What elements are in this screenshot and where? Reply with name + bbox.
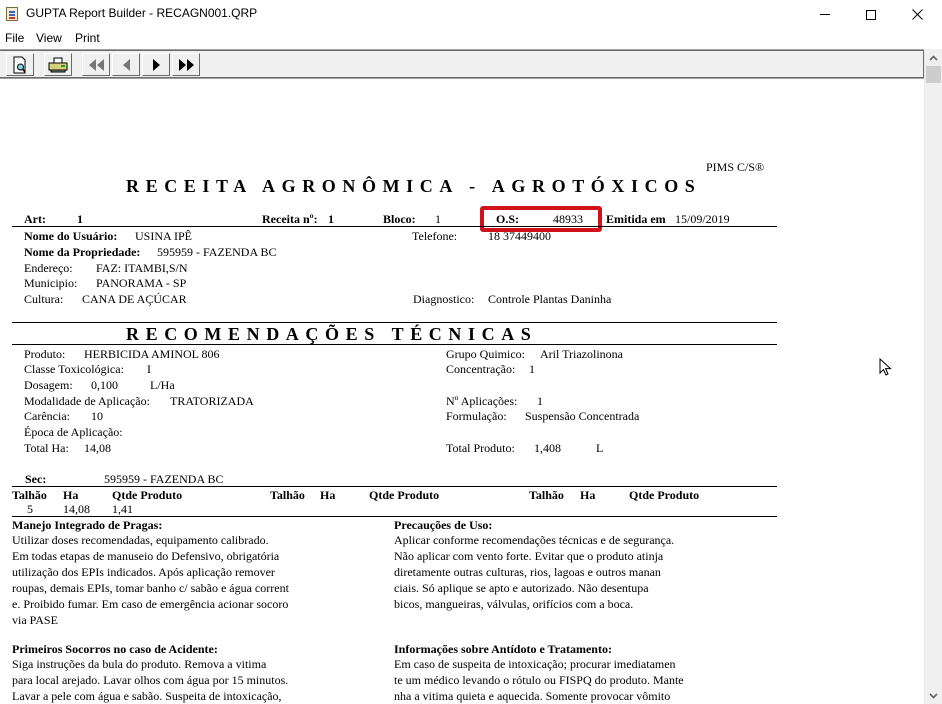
grupo-value: Aril Triazolinona xyxy=(540,347,623,361)
diagnostico-label: Diagnostico: xyxy=(413,292,474,306)
art-label: Art: xyxy=(24,212,46,226)
menu-print[interactable]: Print xyxy=(75,31,100,45)
produto-label: Produto: xyxy=(24,347,65,361)
divider xyxy=(12,322,777,323)
close-icon xyxy=(912,9,923,20)
divider xyxy=(12,486,777,487)
vertical-scrollbar[interactable] xyxy=(924,49,942,704)
receita-label: Receita nº: xyxy=(262,212,318,226)
divider xyxy=(12,226,777,227)
grupo-label: Grupo Quimico: xyxy=(446,347,525,361)
propriedade-value: 595959 - FAZENDA BC xyxy=(157,245,276,259)
divider xyxy=(12,516,777,517)
modalidade-value: TRATORIZADA xyxy=(170,394,254,408)
table-cell: 14,08 xyxy=(63,502,90,516)
report-page: PIMS C/S® RECEITA AGRONÔMICA - AGROTÓXIC… xyxy=(0,80,924,704)
table-header: Qtde Produto xyxy=(629,488,699,502)
report-viewport: PIMS C/S® RECEITA AGRONÔMICA - AGROTÓXIC… xyxy=(0,80,924,704)
double-left-arrow-icon xyxy=(89,59,104,71)
scroll-thumb[interactable] xyxy=(926,66,941,83)
modalidade-label: Modalidade de Aplicação: xyxy=(24,394,150,408)
menu-file[interactable]: File xyxy=(5,31,24,45)
table-header: Talhão xyxy=(270,488,305,502)
maximize-button[interactable] xyxy=(848,0,894,29)
menu-view[interactable]: View xyxy=(36,31,62,45)
emitida-value: 15/09/2019 xyxy=(675,212,730,226)
concentracao-value: 1 xyxy=(529,362,535,376)
manejo-title: Manejo Integrado de Pragas: xyxy=(12,518,162,532)
double-right-arrow-icon xyxy=(179,59,194,71)
minimize-icon xyxy=(820,14,830,15)
print-button[interactable] xyxy=(44,53,72,76)
window-title: GUPTA Report Builder - RECAGN001.QRP xyxy=(26,6,257,20)
cultura-label: Cultura: xyxy=(24,292,63,306)
usuario-value: USINA IPÊ xyxy=(135,229,192,243)
total-produto-label: Total Produto: xyxy=(446,441,515,455)
diagnostico-value: Controle Plantas Daninha xyxy=(488,292,611,306)
next-page-button[interactable] xyxy=(142,53,170,76)
total-ha-value: 14,08 xyxy=(84,441,111,455)
preview-button[interactable] xyxy=(6,53,34,76)
precaucoes-text: Aplicar conforme recomendações técnicas … xyxy=(394,532,674,612)
last-page-button[interactable] xyxy=(172,53,200,76)
table-cell: 5 xyxy=(27,502,33,516)
formulacao-label: Formulação: xyxy=(446,409,507,423)
menu-bar: File View Print xyxy=(0,29,942,48)
epoca-label: Época de Aplicação: xyxy=(24,425,123,439)
table-header: Qtde Produto xyxy=(112,488,182,502)
propriedade-label: Nome da Propriedade: xyxy=(24,245,140,259)
brand-label: PIMS C/S® xyxy=(706,160,764,174)
formulacao-value: Suspensão Concentrada xyxy=(525,409,639,423)
chevron-down-icon xyxy=(929,693,938,699)
table-header: Talhão xyxy=(12,488,47,502)
sec-label: Sec: xyxy=(25,472,46,486)
classe-value: I xyxy=(147,362,151,376)
carencia-label: Carência: xyxy=(24,409,70,423)
cultura-value: CANA DE AÇÚCAR xyxy=(82,292,187,306)
magnifier-page-icon xyxy=(11,56,29,74)
manejo-text: Utilizar doses recomendadas, equipamento… xyxy=(12,532,289,628)
report-title: RECEITA AGRONÔMICA - AGROTÓXICOS xyxy=(126,176,701,197)
dosagem-value: 0,100 xyxy=(91,378,118,392)
endereco-value: FAZ: ITAMBI,S/N xyxy=(96,261,188,275)
table-header: Ha xyxy=(63,488,78,502)
scroll-down-button[interactable] xyxy=(925,687,942,704)
first-page-button[interactable] xyxy=(82,53,110,76)
table-header: Talhão xyxy=(529,488,564,502)
antidoto-title: Informações sobre Antídoto e Tratamento: xyxy=(394,642,612,656)
table-header: Ha xyxy=(580,488,595,502)
municipio-label: Municipio: xyxy=(24,276,77,290)
classe-label: Classe Toxicológica: xyxy=(24,362,124,376)
bloco-value: 1 xyxy=(435,212,441,226)
bloco-label: Bloco: xyxy=(383,212,416,226)
printer-icon xyxy=(48,57,68,73)
receita-value: 1 xyxy=(328,212,334,226)
minimize-button[interactable] xyxy=(802,0,848,29)
socorros-title: Primeiros Socorros no caso de Acidente: xyxy=(12,642,218,656)
aplicacoes-label: Nº Aplicações: xyxy=(446,394,517,408)
divider xyxy=(12,344,777,345)
table-header: Qtde Produto xyxy=(369,488,439,502)
toolbar xyxy=(0,49,942,79)
socorros-text: Siga instruções da bula do produto. Remo… xyxy=(12,656,288,704)
maximize-icon xyxy=(866,10,876,20)
emitida-label: Emitida em xyxy=(606,212,666,226)
close-button[interactable] xyxy=(894,0,940,29)
dosagem-label: Dosagem: xyxy=(24,378,73,392)
total-produto-value: 1,408 xyxy=(534,441,561,455)
dosagem-unit: L/Ha xyxy=(150,378,175,392)
recommendations-title: RECOMENDAÇÕES TÉCNICAS xyxy=(126,324,537,345)
precaucoes-title: Precauções de Uso: xyxy=(394,518,492,532)
telefone-value: 18 37449400 xyxy=(488,229,551,243)
art-value: 1 xyxy=(77,212,83,226)
chevron-up-icon xyxy=(929,55,938,61)
total-produto-unit: L xyxy=(596,441,603,455)
mouse-cursor-icon xyxy=(879,358,893,378)
previous-page-button[interactable] xyxy=(112,53,140,76)
antidoto-text: Em caso de suspeita de intoxicação; proc… xyxy=(394,656,684,704)
table-header: Ha xyxy=(320,488,335,502)
carencia-value: 10 xyxy=(91,409,103,423)
title-bar: GUPTA Report Builder - RECAGN001.QRP xyxy=(0,0,942,29)
produto-value: HERBICIDA AMINOL 806 xyxy=(84,347,220,361)
sec-value: 595959 - FAZENDA BC xyxy=(104,472,223,486)
scroll-up-button[interactable] xyxy=(925,49,942,66)
aplicacoes-value: 1 xyxy=(537,394,543,408)
endereco-label: Endereço: xyxy=(24,261,73,275)
app-icon xyxy=(6,7,18,21)
telefone-label: Telefone: xyxy=(412,229,457,243)
usuario-label: Nome do Usuário: xyxy=(24,229,117,243)
municipio-value: PANORAMA - SP xyxy=(96,276,186,290)
right-arrow-icon xyxy=(153,59,160,71)
left-arrow-icon xyxy=(123,59,130,71)
table-cell: 1,41 xyxy=(112,502,133,516)
total-ha-label: Total Ha: xyxy=(24,441,69,455)
concentracao-label: Concentração: xyxy=(446,362,515,376)
